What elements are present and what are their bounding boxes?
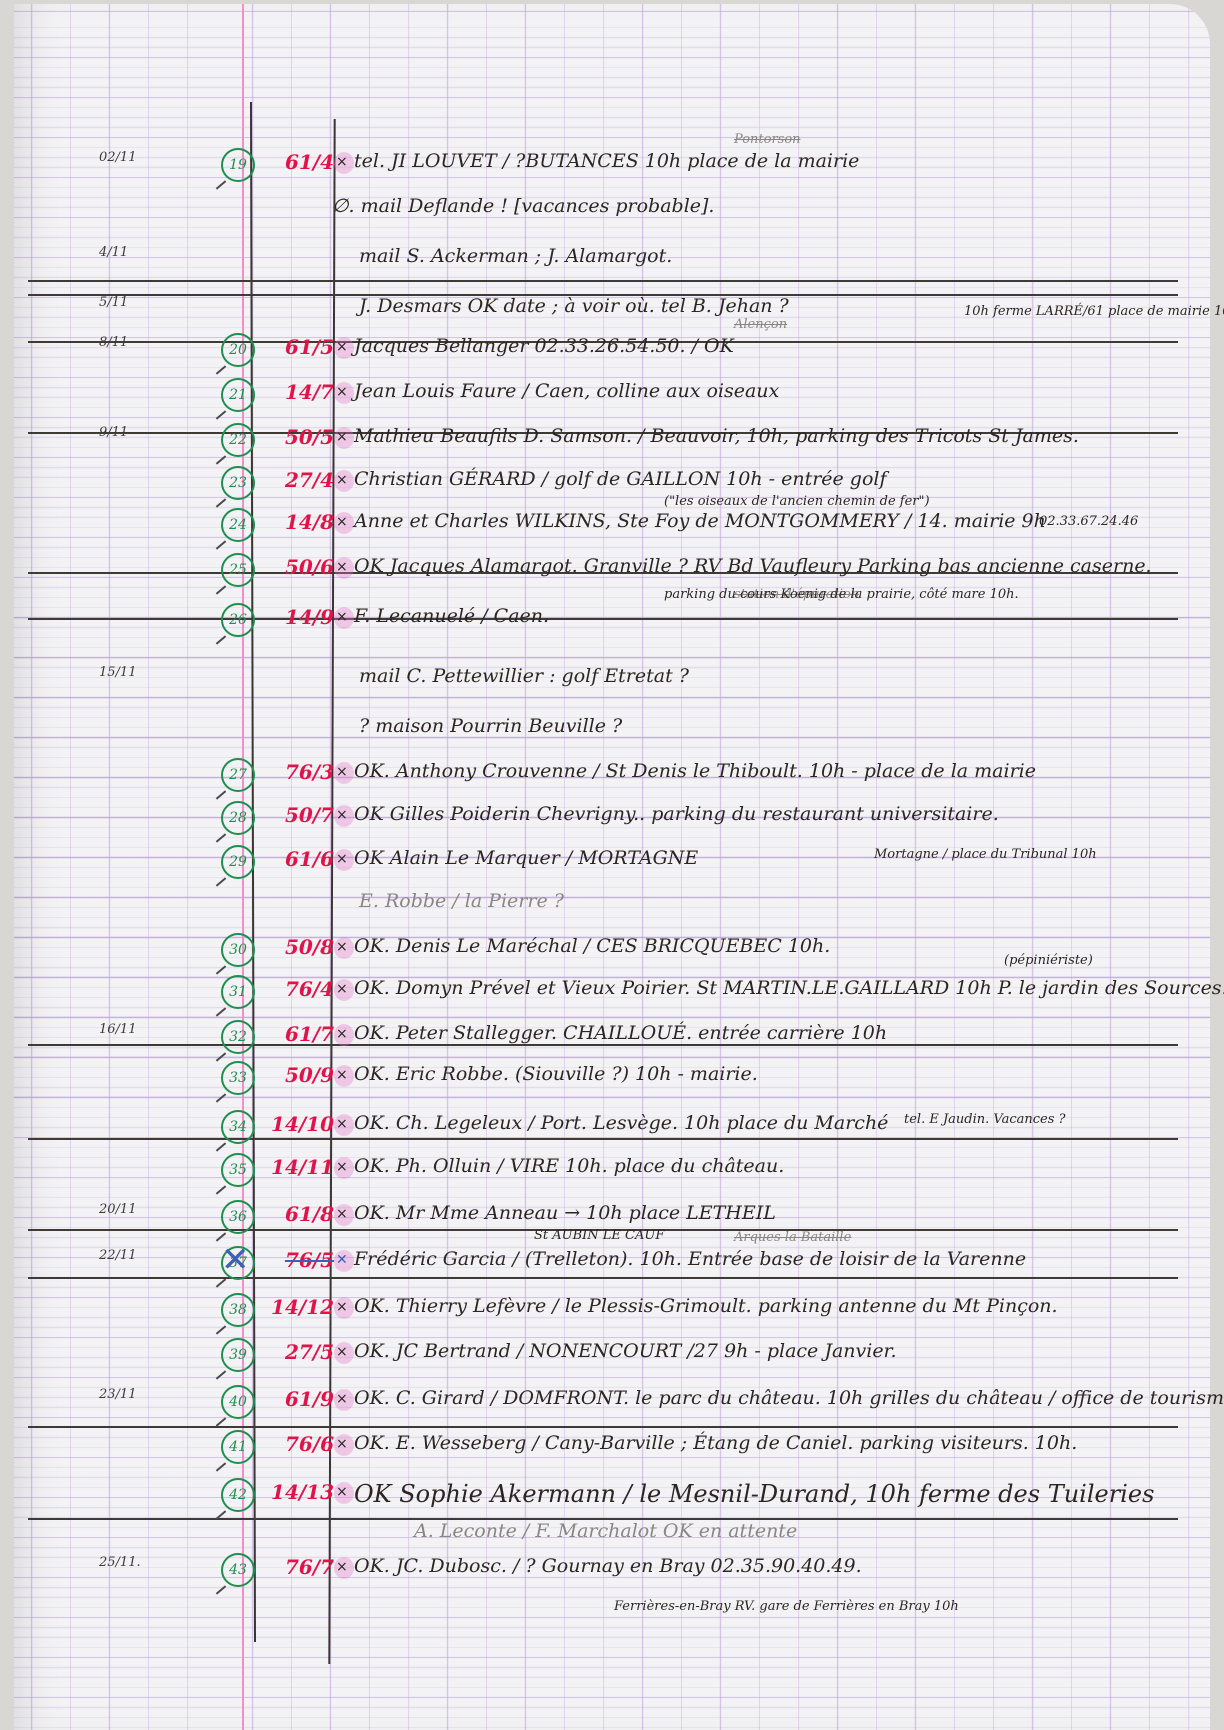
note-date: 15/11 xyxy=(99,665,136,680)
entry-number-badge: 39 xyxy=(221,1338,255,1372)
entry-number: 36 xyxy=(229,1209,247,1225)
check-x-mark: × xyxy=(336,609,348,625)
entry-number: 28 xyxy=(229,810,247,826)
entry-text: OK. Anthony Crouvenne / St Denis le Thib… xyxy=(354,760,1036,782)
entry-annotation: 02.33.67.24.46 xyxy=(1039,514,1138,529)
entry-reference: 27/4 xyxy=(264,468,334,492)
entry-reference: 76/6 xyxy=(264,1432,334,1456)
entry-number-badge: 43 xyxy=(221,1553,255,1587)
entry-text: Christian GÉRARD / golf de GAILLON 10h -… xyxy=(354,468,887,490)
entry-number-badge: 28 xyxy=(221,801,255,835)
entry-text: OK Gilles Poiderin Chevrigny.. parking d… xyxy=(354,803,999,825)
entry-annotation: parking du cours Koenig de la prairie, c… xyxy=(664,587,1019,602)
entry-text: OK. JC. Dubosc. / ? Gournay en Bray 02.3… xyxy=(354,1555,862,1577)
entry-date: 20/11 xyxy=(99,1202,136,1217)
entry-text: F. Lecanuelé / Caen. xyxy=(354,605,549,627)
check-x-mark: × xyxy=(336,764,348,780)
check-x-mark: × xyxy=(336,514,348,530)
entry-text: OK Alain Le Marquer / MORTAGNE xyxy=(354,847,698,869)
row-divider xyxy=(28,1138,1178,1140)
standalone-note: A. Leconte / F. Marchalot OK en attente xyxy=(414,1520,797,1542)
entry-number: 27 xyxy=(229,767,247,783)
check-x-mark: × xyxy=(336,1484,348,1500)
entry-number: 20 xyxy=(229,342,247,358)
entry-text: OK. Domyn Prével et Vieux Poirier. St MA… xyxy=(354,977,1224,999)
entry-reference: 14/7 xyxy=(264,380,334,404)
entry-text: OK Jacques Alamargot. Granville ? RV Bd … xyxy=(354,555,1152,577)
entry-number-badge: 19 xyxy=(221,148,255,182)
entry-number-badge: 26 xyxy=(221,603,255,637)
entry-annotation: Mortagne / place du Tribunal 10h xyxy=(874,847,1097,862)
check-x-mark: × xyxy=(336,1159,348,1175)
entry-text: Jacques Bellanger 02.33.26.54.50. / OK xyxy=(354,335,734,357)
check-x-mark: × xyxy=(336,1206,348,1222)
check-x-mark: × xyxy=(336,1299,348,1315)
entry-number: 21 xyxy=(229,387,247,403)
standalone-note: J. Desmars OK date ; à voir où. tel B. J… xyxy=(359,295,789,317)
entry-reference: 76/5 xyxy=(264,1248,334,1272)
check-x-mark: × xyxy=(336,807,348,823)
entry-number-badge: 21 xyxy=(221,378,255,412)
entry-reference: 50/9 xyxy=(264,1063,334,1087)
entry-number: 33 xyxy=(229,1070,247,1086)
check-x-mark: ✕ xyxy=(336,1252,348,1268)
row-divider xyxy=(28,618,1178,620)
entry-reference: 50/8 xyxy=(264,935,334,959)
entry-text: OK. Ph. Olluin / VIRE 10h. place du chât… xyxy=(354,1155,784,1177)
check-x-mark: × xyxy=(336,384,348,400)
entry-number: 40 xyxy=(229,1394,247,1410)
entry-number: 37 xyxy=(229,1255,247,1271)
entry-number: 38 xyxy=(229,1302,247,1318)
struck-text: Alençon xyxy=(734,317,787,332)
entry-reference: 14/13 xyxy=(264,1480,334,1504)
entry-number-badge: 25 xyxy=(221,553,255,587)
entry-number-badge: 38 xyxy=(221,1293,255,1327)
entry-number-badge: 33 xyxy=(221,1061,255,1095)
entry-number-badge: 42 xyxy=(221,1478,255,1512)
entry-reference: 76/7 xyxy=(264,1555,334,1579)
entry-number: 24 xyxy=(229,517,247,533)
entry-number-badge: 34 xyxy=(221,1110,255,1144)
entry-reference: 61/6 xyxy=(264,847,334,871)
entry-reference: 27/5 xyxy=(264,1340,334,1364)
entry-text: Mathieu Beaufils D. Samson. / Beauvoir, … xyxy=(354,425,1079,447)
entry-reference: 50/6 xyxy=(264,555,334,579)
entry-reference: 50/7 xyxy=(264,803,334,827)
entry-number-badge: 29 xyxy=(221,845,255,879)
entry-date: 02/11 xyxy=(99,150,136,165)
entry-number-badge: 35 xyxy=(221,1153,255,1187)
entry-date: 22/11 xyxy=(99,1248,136,1263)
entry-number-badge: 37 xyxy=(221,1246,255,1280)
row-divider xyxy=(28,1044,1178,1046)
entry-reference: 61/5 xyxy=(264,335,334,359)
entry-number: 25 xyxy=(229,562,247,578)
entry-number-badge: 32 xyxy=(221,1020,255,1054)
check-x-mark: × xyxy=(336,1116,348,1132)
entry-reference: 50/5 xyxy=(264,425,334,449)
entry-text: OK. Denis Le Maréchal / CES BRICQUEBEC 1… xyxy=(354,935,830,957)
entry-number-badge: 27 xyxy=(221,758,255,792)
entry-annotation: St AUBIN LE CAUF xyxy=(534,1228,664,1243)
standalone-note: ∅. mail Deflande ! [vacances probable]. xyxy=(332,195,714,217)
entry-number-badge: 22 xyxy=(221,423,255,457)
entry-number: 30 xyxy=(229,942,247,958)
entry-number-badge: 23 xyxy=(221,466,255,500)
entry-reference: 14/8 xyxy=(264,510,334,534)
entry-annotation: (pépiniériste) xyxy=(1004,953,1093,968)
entry-text: OK. Mr Mme Anneau → 10h place LETHEIL xyxy=(354,1202,776,1224)
entry-reference: 14/9 xyxy=(264,605,334,629)
entry-number: 23 xyxy=(229,475,247,491)
entry-reference: 76/4 xyxy=(264,977,334,1001)
check-x-mark: × xyxy=(336,1067,348,1083)
entry-reference: 61/9 xyxy=(264,1387,334,1411)
entry-number-badge: 30 xyxy=(221,933,255,967)
entry-date: 16/11 xyxy=(99,1022,136,1037)
entry-text: OK. JC Bertrand / NONENCOURT /27 9h - pl… xyxy=(354,1340,897,1362)
entry-reference: 76/3 xyxy=(264,760,334,784)
standalone-note: mail C. Pettewillier : golf Etretat ? xyxy=(359,665,689,687)
entry-text: Anne et Charles WILKINS, Ste Foy de MONT… xyxy=(354,510,1046,532)
entry-number-badge: 41 xyxy=(221,1430,255,1464)
entry-date: 23/11 xyxy=(99,1387,136,1402)
entry-number: 32 xyxy=(229,1029,247,1045)
standalone-note: mail S. Ackerman ; J. Alamargot. xyxy=(359,245,672,267)
check-x-mark: × xyxy=(336,1391,348,1407)
entry-number-badge: 36 xyxy=(221,1200,255,1234)
entry-text: OK. C. Girard / DOMFRONT. le parc du châ… xyxy=(354,1387,1224,1409)
entry-number: 29 xyxy=(229,854,247,870)
check-x-mark: × xyxy=(336,1344,348,1360)
check-x-mark: × xyxy=(336,429,348,445)
entry-date: 8/11 xyxy=(99,335,128,350)
entry-reference: 14/12 xyxy=(264,1295,334,1319)
standalone-note: ? maison Pourrin Beuville ? xyxy=(359,715,622,737)
entry-date: 25/11. xyxy=(99,1555,141,1570)
entry-number: 34 xyxy=(229,1119,247,1135)
entry-text: tel. JI LOUVET / ?BUTANCES 10h place de … xyxy=(354,150,859,172)
entry-number-badge: 31 xyxy=(221,975,255,1009)
row-divider xyxy=(28,1426,1178,1428)
entry-number-badge: 24 xyxy=(221,508,255,542)
entry-text: OK Sophie Akermann / le Mesnil-Durand, 1… xyxy=(354,1480,1154,1508)
check-x-mark: × xyxy=(336,339,348,355)
entry-reference: 14/10 xyxy=(264,1112,334,1136)
entry-number: 43 xyxy=(229,1562,247,1578)
entry-annotation: tel. E Jaudin. Vacances ? xyxy=(904,1112,1066,1127)
struck-text: Pontorson xyxy=(734,132,801,147)
entry-number: 42 xyxy=(229,1487,247,1503)
entry-text: OK. Thierry Lefèvre / le Plessis-Grimoul… xyxy=(354,1295,1058,1317)
check-x-mark: × xyxy=(336,1436,348,1452)
entry-text: OK. Peter Stallegger. CHAILLOUÉ. entrée … xyxy=(354,1022,887,1044)
entry-reference: 61/8 xyxy=(264,1202,334,1226)
entry-annotation: ("les oiseaux de l'ancien chemin de fer"… xyxy=(664,494,930,509)
entry-date: 9/11 xyxy=(99,425,128,440)
note-date: 5/11 xyxy=(99,295,128,310)
entry-annotation: 10h ferme LARRÉ/61 place de mairie 10h..… xyxy=(964,304,1224,319)
check-x-mark: × xyxy=(336,1559,348,1575)
check-x-mark: × xyxy=(336,154,348,170)
entry-number: 35 xyxy=(229,1162,247,1178)
check-x-mark: × xyxy=(336,981,348,997)
standalone-note: E. Robbe / la Pierre ? xyxy=(359,890,564,912)
row-divider xyxy=(28,280,1178,282)
struck-text: Arques la Bataille xyxy=(734,1230,851,1245)
entry-number: 26 xyxy=(229,612,247,628)
entry-text: OK. E. Wesseberg / Cany-Barville ; Étang… xyxy=(354,1432,1077,1454)
entry-text: OK. Eric Robbe. (Siouville ?) 10h - mair… xyxy=(354,1063,758,1085)
note-date: 4/11 xyxy=(99,245,128,260)
entry-number-badge: 20 xyxy=(221,333,255,367)
entry-text: Jean Louis Faure / Caen, colline aux ois… xyxy=(354,380,779,402)
entry-text: OK. Ch. Legeleux / Port. Lesvège. 10h pl… xyxy=(354,1112,888,1134)
entry-number: 31 xyxy=(229,984,247,1000)
entry-number: 22 xyxy=(229,432,247,448)
entry-number: 39 xyxy=(229,1347,247,1363)
check-x-mark: × xyxy=(336,559,348,575)
entry-number: 41 xyxy=(229,1439,247,1455)
entry-text: Frédéric Garcia / (Trelleton). 10h. Entr… xyxy=(354,1248,1026,1270)
entry-reference: 61/7 xyxy=(264,1022,334,1046)
entry-annotation: Ferrières-en-Bray RV. gare de Ferrières … xyxy=(614,1599,959,1614)
entry-number: 19 xyxy=(229,157,247,173)
row-divider xyxy=(28,1277,1178,1279)
check-x-mark: × xyxy=(336,472,348,488)
check-x-mark: × xyxy=(336,939,348,955)
entry-reference: 14/11 xyxy=(264,1155,334,1179)
notebook-page: 02/111961/4×tel. JI LOUVET / ?BUTANCES 1… xyxy=(14,4,1210,1730)
check-x-mark: × xyxy=(336,851,348,867)
entry-reference: 61/4 xyxy=(264,150,334,174)
entry-number-badge: 40 xyxy=(221,1385,255,1419)
check-x-mark: × xyxy=(336,1026,348,1042)
